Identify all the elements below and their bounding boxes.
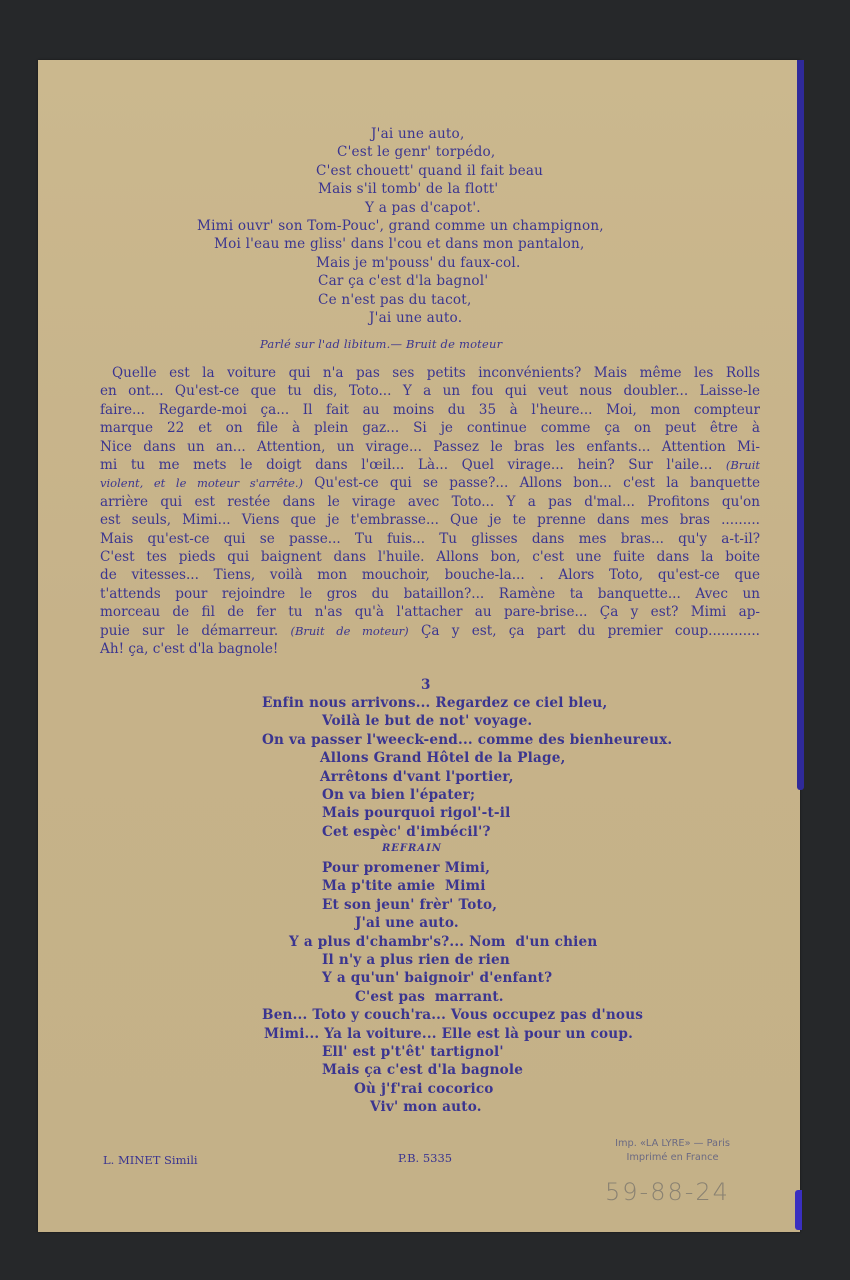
verse-line: On va bien l'épater;	[322, 786, 475, 804]
verse-line: Enfin nous arrivons... Regardez ce ciel …	[262, 694, 607, 712]
verse-line: Allons Grand Hôtel de la Plage,	[320, 749, 566, 767]
prose-line: Quelle est la voiture qui n'a pas ses pe…	[110, 364, 760, 382]
verse-line: Ce n'est pas du tacot,	[318, 291, 472, 309]
verse-line: Ben... Toto y couch'ra... Vous occupez p…	[262, 1006, 643, 1024]
verse-line: Pour promener Mimi,	[322, 859, 490, 877]
verse-line: C'est le genr' torpédo,	[337, 143, 495, 161]
prose-line: violent, et le moteur s'arrête.) Qu'est-…	[100, 474, 760, 492]
prose-line: morceau de fil de fer tu n'as qu'à l'att…	[100, 603, 760, 621]
spoken-direction: Parlé sur l'ad libitum.— Bruit de moteur	[260, 337, 502, 351]
verse-line: Cet espèc' d'imbécil'?	[322, 823, 491, 841]
verse-line: J'ai une auto.	[355, 914, 459, 932]
stanza-number: 3	[421, 677, 430, 693]
verse-line: Arrêtons d'vant l'portier,	[320, 768, 514, 786]
verse-line: C'est chouett' quand il fait beau	[316, 162, 543, 180]
verse-line: On va passer l'weeck-end... comme des bi…	[262, 731, 672, 749]
verse-line: Mimi... Ya la voiture... Elle est là pou…	[264, 1025, 633, 1043]
verse-line: Car ça c'est d'la bagnol'	[318, 272, 488, 290]
prose-line: de vitesses... Tiens, voilà mon mouchoir…	[100, 566, 760, 584]
verse-line: Où j'f'rai cocorico	[354, 1080, 494, 1098]
printer-line-1: Imp. «LA LYRE» — Paris	[590, 1137, 755, 1151]
verse-line: Ma p'tite amie Mimi	[322, 877, 486, 895]
prose-line: est seuls, Mimi... Viens que je t'embras…	[100, 511, 760, 529]
printer-line-2: Imprimé en France	[590, 1151, 755, 1165]
handwritten-reference: 59-88-24	[605, 1178, 730, 1206]
verse-line: Y a pas d'capot'.	[365, 199, 481, 217]
prose-line: marque 22 et on file à plein gaz... Si j…	[100, 419, 760, 437]
verse-line: Y a qu'un' baignoir' d'enfant?	[322, 969, 552, 987]
printer-imprint: Imp. «LA LYRE» — Paris Imprimé en France	[590, 1137, 755, 1165]
verse-line: Il n'y a plus rien de rien	[322, 951, 510, 969]
refrain-label: REFRAIN	[382, 843, 442, 854]
prose-line: arrière qui est restée dans le virage av…	[100, 493, 760, 511]
prose-line: mi tu me mets le doigt dans l'œil... Là.…	[100, 456, 760, 474]
prose-line: puie sur le démarreur. (Bruit de moteur)…	[100, 622, 760, 640]
blue-edge-mark	[795, 1190, 802, 1230]
prose-line: t'attends pour rejoindre le gros du bata…	[100, 585, 760, 603]
verse-line: Mimi ouvr' son Tom-Pouc', grand comme un…	[197, 217, 604, 235]
verse-line: C'est pas marrant.	[355, 988, 504, 1006]
catalog-number: P.B. 5335	[398, 1151, 452, 1165]
arranger-credit: L. MINET Simili	[103, 1153, 198, 1167]
verse-line: Voilà le but de not' voyage.	[322, 712, 532, 730]
verse-line: Moi l'eau me gliss' dans l'cou et dans m…	[214, 235, 585, 253]
prose-line: Nice dans un an... Attention, un virage.…	[100, 438, 760, 456]
verse-line: J'ai une auto,	[371, 125, 464, 143]
verse-line: J'ai une auto.	[369, 309, 462, 327]
stage-direction: (Bruit	[726, 458, 760, 472]
stage-direction: violent, et le moteur s'arrête.)	[100, 476, 303, 490]
blue-edge-strip	[797, 60, 804, 790]
verse-line: Viv' mon auto.	[370, 1098, 482, 1116]
prose-line: faire... Regarde-moi ça... Il fait au mo…	[100, 401, 760, 419]
verse-line: Mais je m'pouss' du faux-col.	[316, 254, 520, 272]
verse-line: Mais pourquoi rigol'-t-il	[322, 804, 511, 822]
prose-line: C'est tes pieds qui baignent dans l'huil…	[100, 548, 760, 566]
prose-line: Ah! ça, c'est d'la bagnole!	[100, 640, 760, 658]
spoken-passage: Quelle est la voiture qui n'a pas ses pe…	[110, 364, 760, 659]
verse-line: Mais ça c'est d'la bagnole	[322, 1061, 523, 1079]
stage-direction: (Bruit de moteur)	[290, 624, 408, 638]
verse-line: Ell' est p't'êt' tartignol'	[322, 1043, 504, 1061]
prose-line: en ont... Qu'est-ce que tu dis, Toto... …	[100, 382, 760, 400]
verse-line: Et son jeun' frèr' Toto,	[322, 896, 497, 914]
prose-line: Mais qu'est-ce qui se passe... Tu fuis..…	[100, 530, 760, 548]
verse-line: Mais s'il tomb' de la flott'	[318, 180, 498, 198]
verse-line: Y a plus d'chambr's?... Nom d'un chien	[289, 933, 597, 951]
